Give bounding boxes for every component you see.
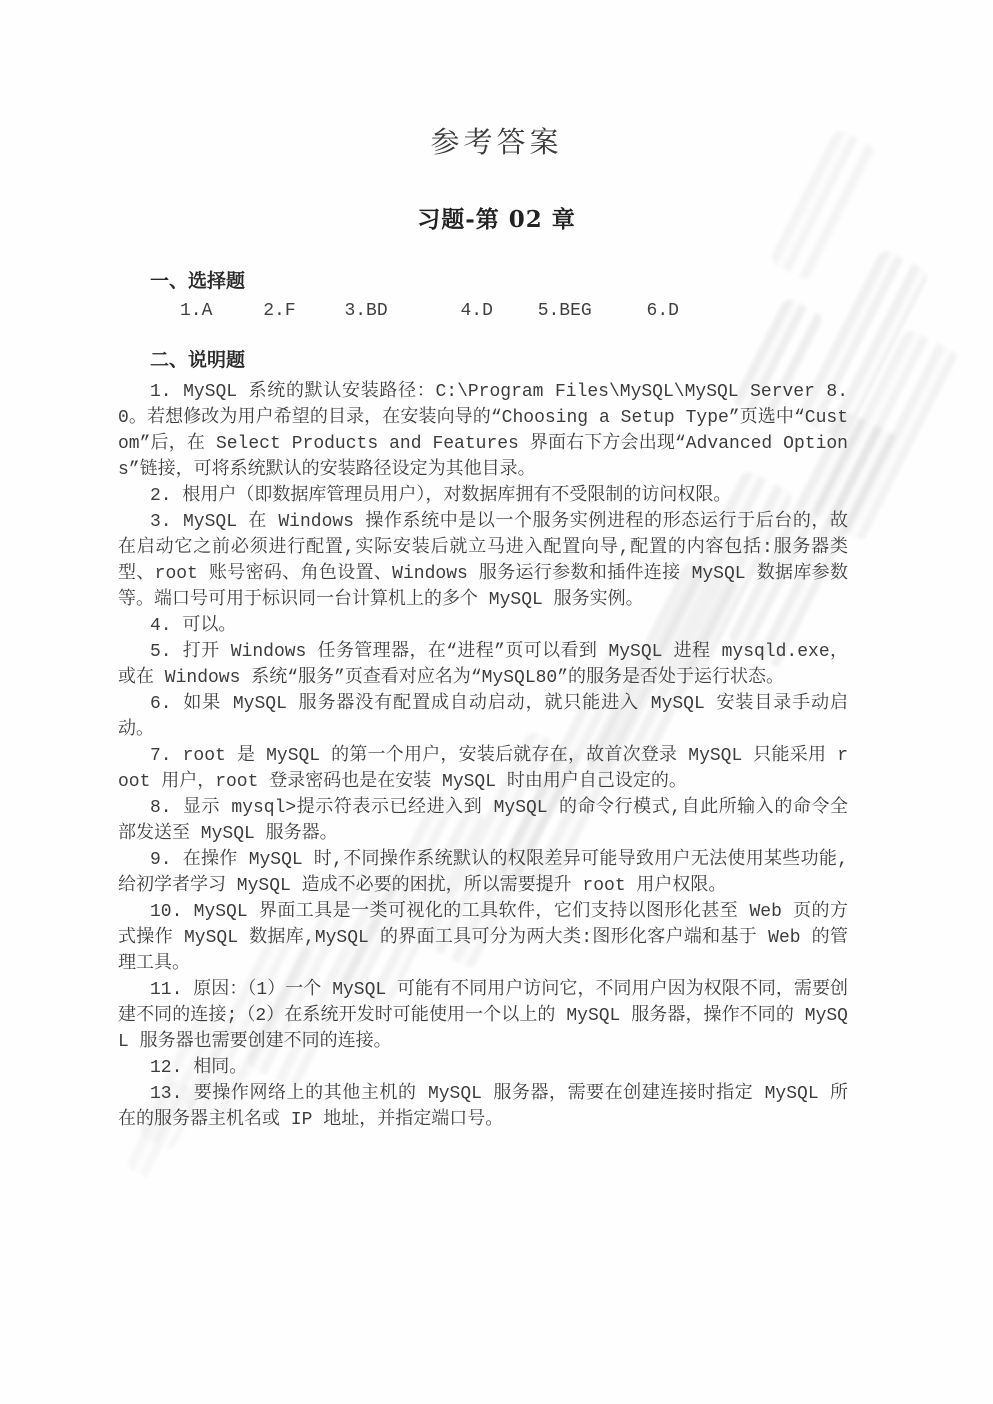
- section-explain: 二、说明题 1. MySQL 系统的默认安装路径：C:\Program File…: [118, 349, 848, 1133]
- choice-answers-row: 1.A 2.F 3.BD 4.D 5.BEG 6.D: [180, 300, 848, 322]
- answer-paragraph: 6. 如果 MySQL 服务器没有配置成自动启动，就只能进入 MySQL 安装目…: [118, 691, 848, 743]
- answer-item: 5.BEG: [538, 300, 592, 322]
- answer-paragraph: 9. 在操作 MySQL 时,不同操作系统默认的权限差异可能导致用户无法使用某些…: [118, 847, 848, 899]
- answer-paragraph: 8. 显示 mysql>提示符表示已经进入到 MySQL 的命令行模式,自此所输…: [118, 795, 848, 847]
- answer-item: 1.A: [180, 300, 212, 322]
- answer-paragraph: 5. 打开 Windows 任务管理器，在“进程”页可以看到 MySQL 进程 …: [118, 639, 848, 691]
- document-page: 参考答案 习题-第 02 章 一、选择题 1.A 2.F 3.BD 4.D 5.…: [0, 0, 993, 1404]
- answer-item: 2.F: [263, 300, 295, 322]
- answer-paragraph: 7. root 是 MySQL 的第一个用户，安装后就存在，故首次登录 MySQ…: [118, 743, 848, 795]
- explain-paragraphs: 1. MySQL 系统的默认安装路径：C:\Program Files\MySQ…: [118, 379, 848, 1133]
- section-heading-choice: 一、选择题: [150, 270, 848, 292]
- answer-paragraph: 3. MySQL 在 Windows 操作系统中是以一个服务实例进程的形态运行于…: [118, 509, 848, 613]
- document-title: 参考答案: [0, 120, 993, 161]
- answer-paragraph: 4. 可以。: [118, 613, 848, 639]
- answer-item: 3.BD: [344, 300, 387, 322]
- answer-paragraph: 2. 根用户（即数据库管理员用户），对数据库拥有不受限制的访问权限。: [118, 483, 848, 509]
- answer-paragraph: 11. 原因：（1）一个 MySQL 可能有不同用户访问它，不同用户因为权限不同…: [118, 977, 848, 1055]
- answer-paragraph: 10. MySQL 界面工具是一类可视化的工具软件，它们支持以图形化甚至 Web…: [118, 899, 848, 977]
- answer-paragraph: 1. MySQL 系统的默认安装路径：C:\Program Files\MySQ…: [118, 379, 848, 483]
- answer-paragraph: 12. 相同。: [118, 1055, 848, 1081]
- section-choice: 一、选择题 1.A 2.F 3.BD 4.D 5.BEG 6.D: [118, 270, 848, 322]
- section-heading-explain: 二、说明题: [150, 349, 848, 371]
- answer-paragraph: 13. 要操作网络上的其他主机的 MySQL 服务器，需要在创建连接时指定 My…: [118, 1081, 848, 1133]
- chapter-heading: 习题-第 02 章: [0, 201, 993, 234]
- answer-item: 6.D: [647, 300, 679, 322]
- document-body: 一、选择题 1.A 2.F 3.BD 4.D 5.BEG 6.D 二、说明题 1…: [118, 270, 848, 1133]
- answer-item: 4.D: [460, 300, 492, 322]
